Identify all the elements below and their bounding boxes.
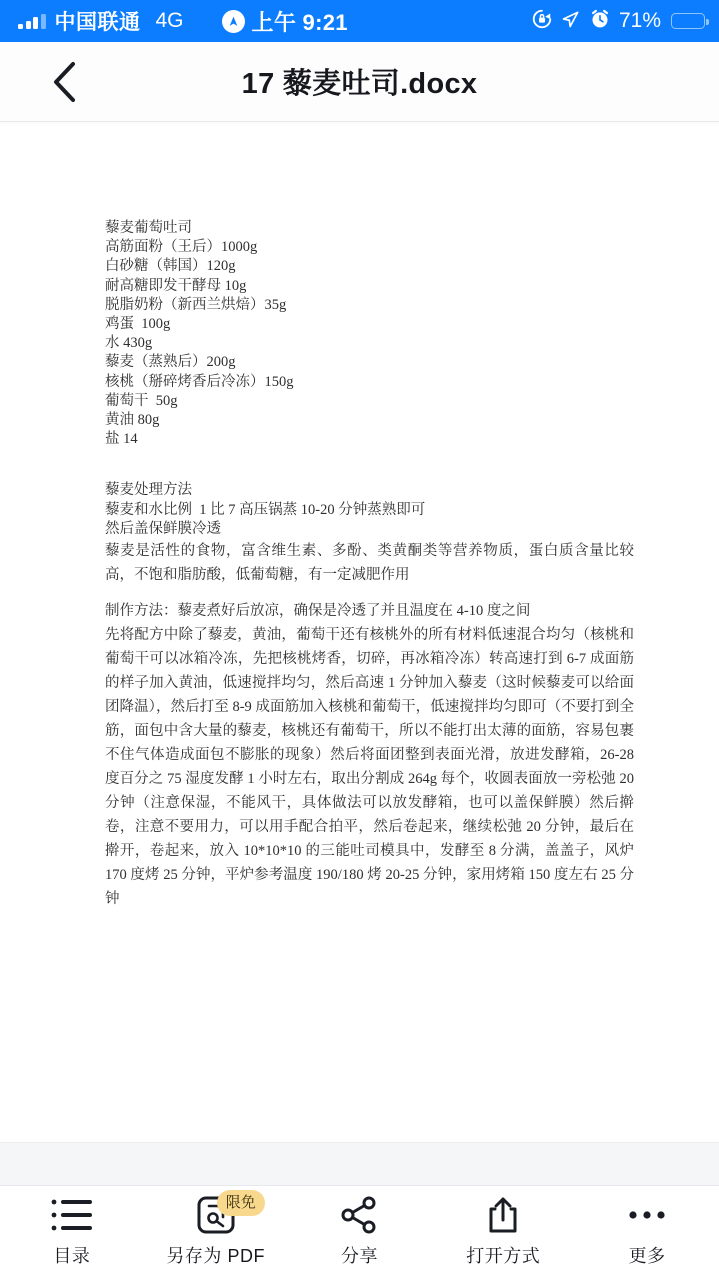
share-nodes-icon [336, 1194, 382, 1236]
bottom-toolbar: 目录 限免 另存为 PDF [0, 1186, 719, 1280]
location-arrow-icon [561, 9, 581, 34]
battery-icon [671, 13, 705, 29]
share-button[interactable]: 分享 [288, 1194, 432, 1280]
navigation-arrow-icon [222, 10, 245, 33]
doc-line: 鸡蛋 100g [105, 315, 634, 334]
carrier-label: 中国联通 [55, 6, 141, 36]
document-page[interactable]: 藜麦葡萄吐司 高筋面粉（王后）1000g 白砂糖（韩国）120g 耐高糖即发干酵… [0, 122, 719, 1142]
app-screen: 中国联通 4G 上午 9:21 [0, 0, 719, 1280]
doc-line: 葡萄干 50g [105, 392, 634, 411]
doc-line: 藜麦葡萄吐司 [105, 219, 634, 238]
toolbar-label: 分享 [341, 1242, 378, 1268]
status-left: 中国联通 4G [18, 6, 184, 36]
toc-list-icon [49, 1194, 95, 1236]
more-button[interactable]: 更多 [575, 1194, 719, 1280]
back-button[interactable] [36, 56, 92, 108]
open-with-icon [480, 1194, 526, 1236]
doc-line: 黄油 80g [105, 411, 634, 430]
alarm-clock-icon [589, 8, 611, 35]
toolbar-label: 目录 [53, 1242, 90, 1268]
limited-free-badge: 限免 [217, 1190, 265, 1216]
network-type-label: 4G [156, 9, 184, 33]
doc-line: 藜麦（蒸熟后）200g [105, 353, 634, 372]
clock-label: 上午 9:21 [252, 6, 348, 37]
doc-line: 耐高糖即发干酵母 10g [105, 277, 634, 296]
status-bar: 中国联通 4G 上午 9:21 [0, 0, 719, 42]
doc-paragraph: 先将配方中除了藜麦，黄油，葡萄干还有核桃外的所有材料低速混合均匀（核桃和葡萄干可… [105, 623, 634, 911]
toolbar-label: 另存为 PDF [166, 1242, 265, 1268]
chevron-left-icon [50, 60, 78, 104]
doc-paragraph: 藜麦是活性的食物，富含维生素、多酚、类黄酮类等营养物质，蛋白质含量比较高，不饱和… [105, 539, 634, 587]
toolbar-label: 更多 [629, 1242, 666, 1268]
battery-percent-label: 71% [619, 9, 661, 33]
doc-line: 脱脂奶粉（新西兰烘焙）35g [105, 296, 634, 315]
signal-bars-icon [18, 13, 46, 29]
doc-line: 核桃（掰碎烤香后冷冻）150g [105, 373, 634, 392]
save-as-pdf-button[interactable]: 限免 另存为 PDF [144, 1194, 288, 1280]
doc-line: 高筋面粉（王后）1000g [105, 238, 634, 257]
save-as-pdf-icon: 限免 [193, 1194, 239, 1236]
status-time-group: 上午 9:21 [222, 6, 348, 37]
nav-bar: 17 藜麦吐司.docx [0, 42, 719, 122]
page-title: 17 藜麦吐司.docx [242, 61, 478, 102]
toolbar-label: 打开方式 [466, 1242, 540, 1268]
doc-line: 藜麦和水比例 1 比 7 高压锅蒸 10-20 分钟蒸熟即可 [105, 501, 634, 520]
doc-line: 白砂糖（韩国）120g [105, 257, 634, 276]
status-right: 71% [531, 8, 705, 35]
doc-section-heading: 藜麦处理方法 [105, 481, 634, 500]
doc-line: 水 430g [105, 334, 634, 353]
open-with-button[interactable]: 打开方式 [431, 1194, 575, 1280]
rotation-lock-icon [531, 8, 553, 35]
doc-line: 然后盖保鲜膜冷透 [105, 520, 634, 539]
toc-button[interactable]: 目录 [0, 1194, 144, 1280]
page-end-background [0, 1142, 719, 1186]
more-dots-icon [624, 1194, 670, 1236]
doc-line: 制作方法：藜麦煮好后放凉，确保是冷透了并且温度在 4-10 度之间 [105, 599, 634, 623]
doc-line: 盐 14 [105, 430, 634, 449]
